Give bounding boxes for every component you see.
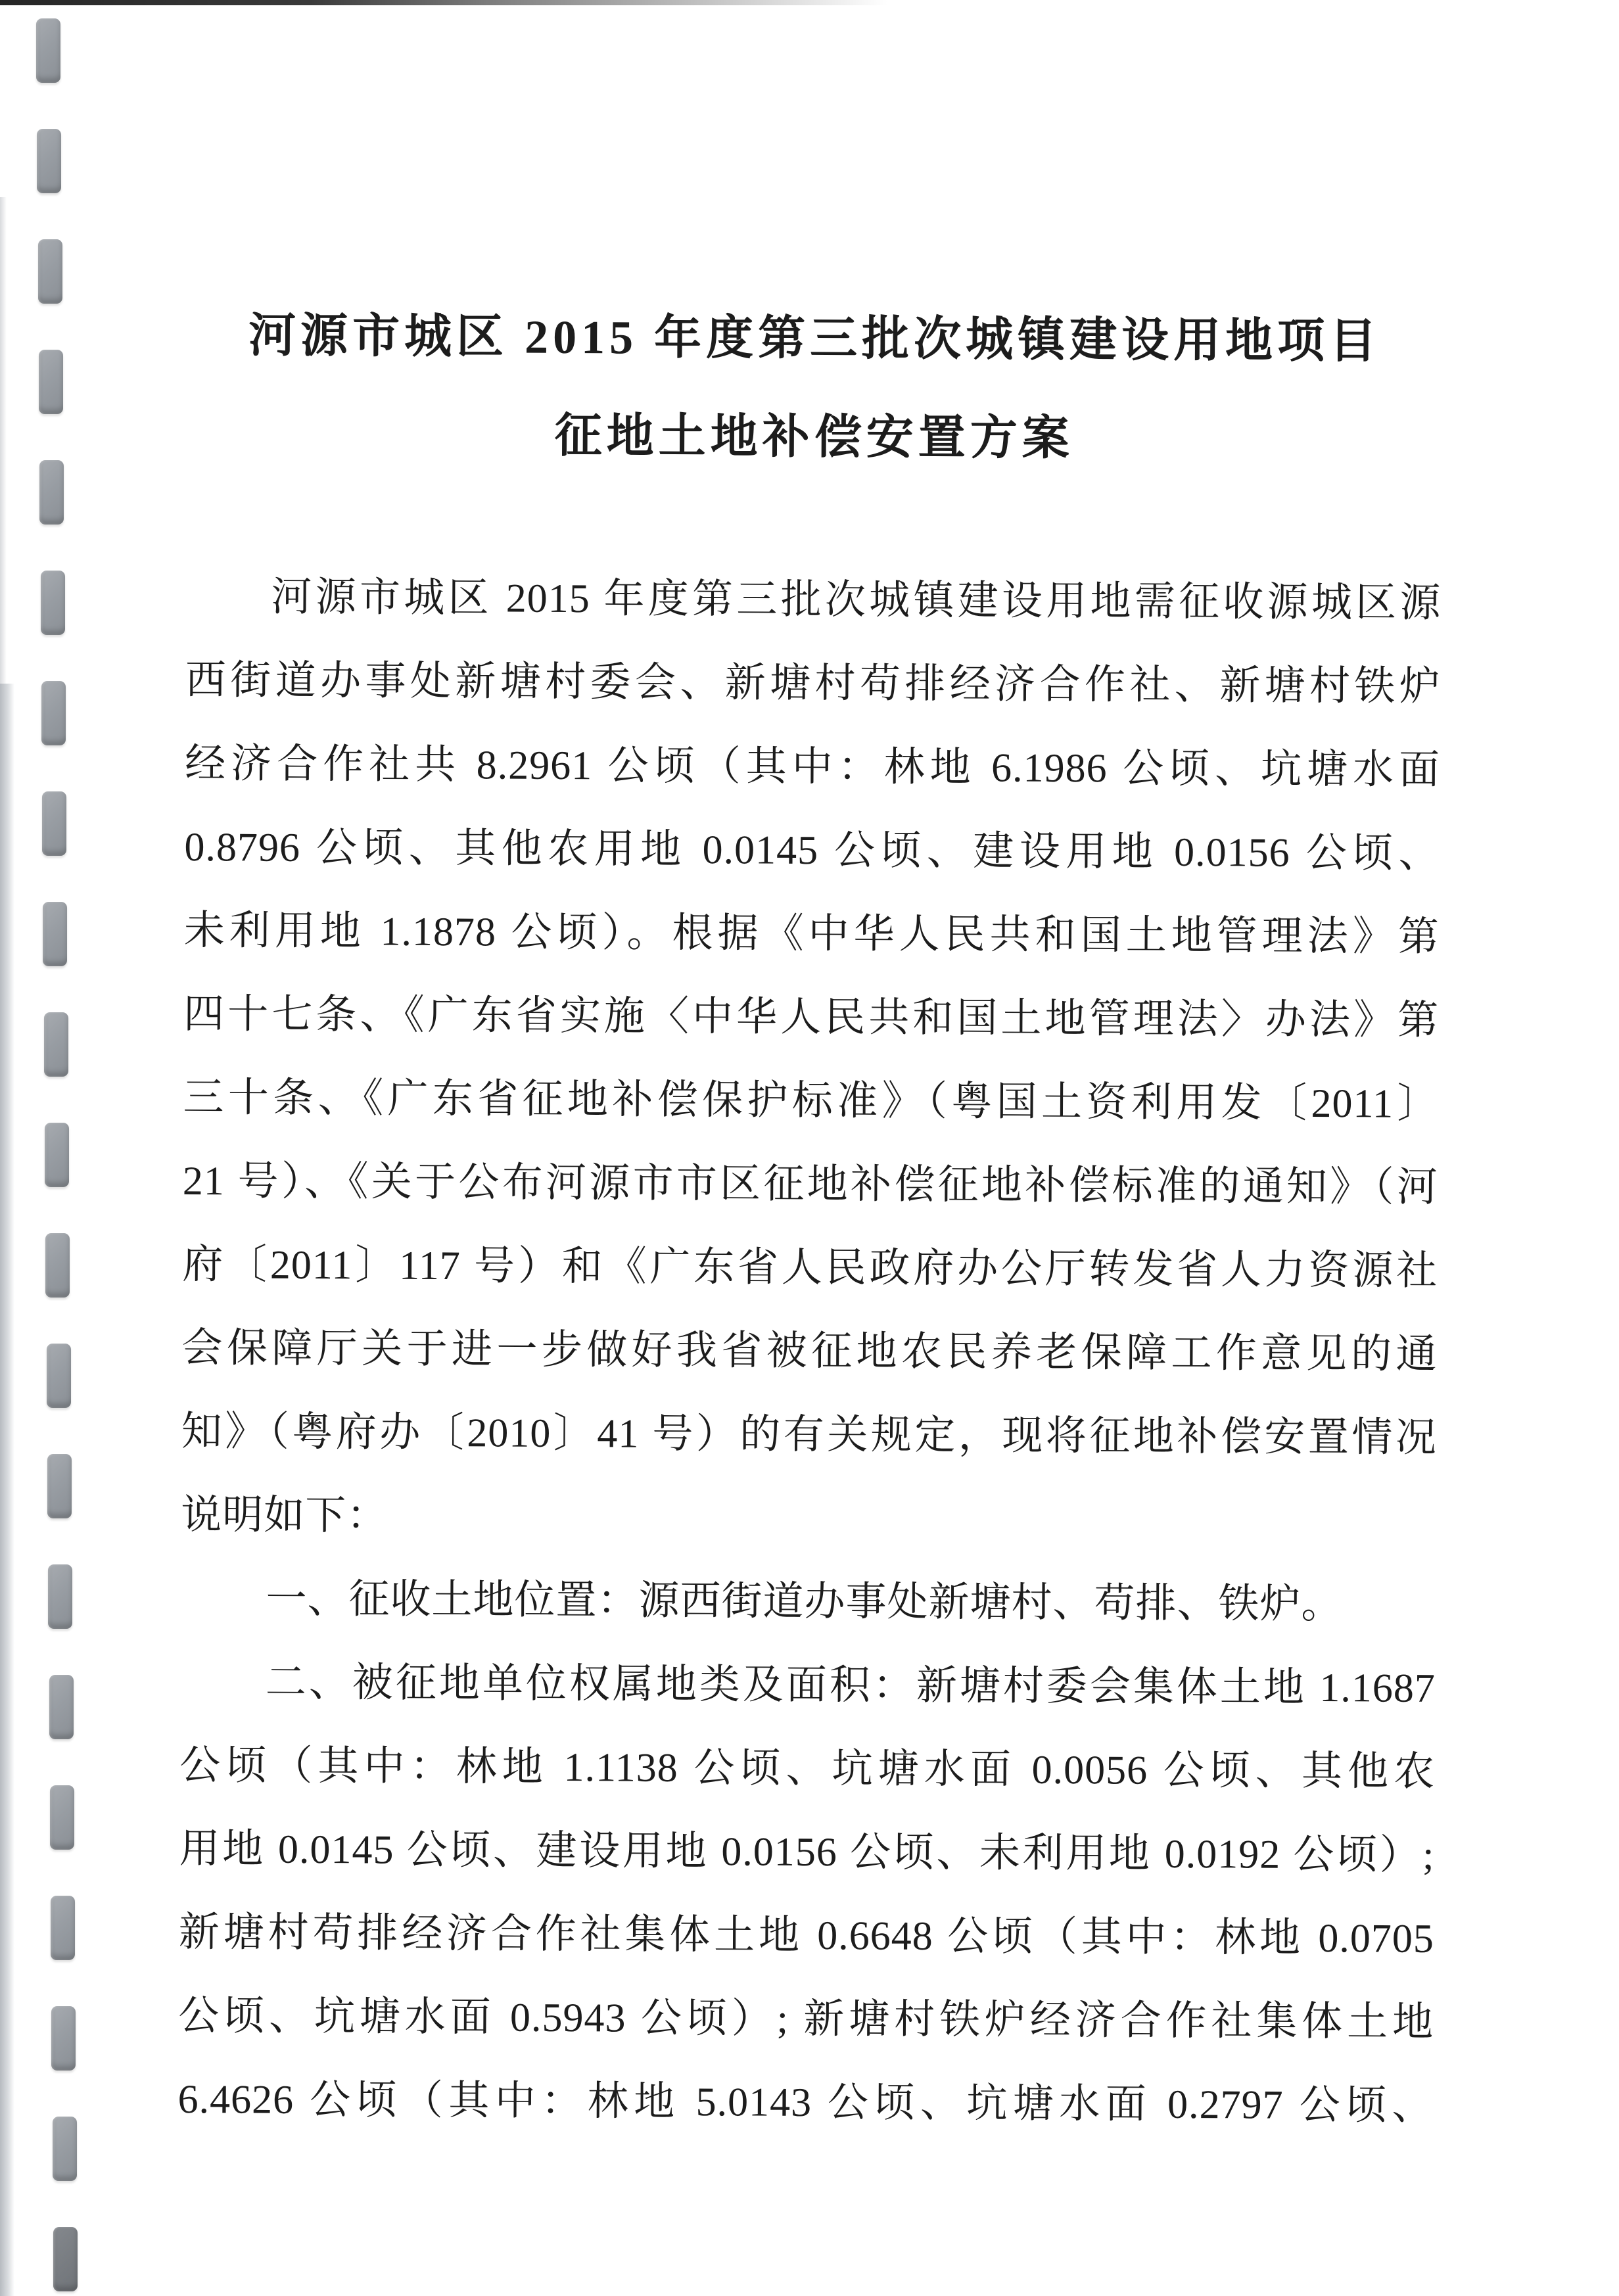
body-line: 会保障厅关于进一步做好我省被征地农民养老保障工作意见的通 (181, 1307, 1438, 1397)
body-line: 河源市城区 2015 年度第三批次城镇建设用地需征收源城区源 (185, 555, 1442, 645)
body-line: 经济合作社共 8.2961 公顷（其中：林地 6.1986 公顷、坑塘水面 (185, 722, 1441, 812)
binder-hole (42, 791, 66, 856)
binder-hole (50, 1785, 74, 1850)
body-line: 公顷（其中：林地 1.1138 公顷、坑塘水面 0.0056 公顷、其他农 (179, 1724, 1436, 1814)
body-line: 一、征收土地位置：源西街道办事处新塘村、苟排、铁炉。 (180, 1557, 1436, 1647)
binder-hole (38, 239, 62, 304)
body-line: 知》（粤府办〔2010〕41 号）的有关规定，现将征地补偿安置情况 (181, 1390, 1438, 1480)
body-line: 西街道办事处新塘村委会、新塘村苟排经济合作社、新塘村铁炉 (185, 639, 1442, 729)
body-line: 四十七条、《广东省实施〈中华人民共和国土地管理法〉办法》第 (183, 973, 1440, 1063)
page-left-edge-shadow-upper (0, 197, 7, 697)
binder-hole (45, 1233, 70, 1298)
binder-hole (49, 1675, 74, 1739)
binder-hole (47, 1344, 71, 1408)
binder-hole (41, 571, 65, 635)
body-line: 说明如下： (181, 1474, 1437, 1564)
binder-hole (53, 2117, 77, 2181)
binder-hole (36, 18, 60, 83)
binder-hole (53, 2227, 78, 2291)
document-body: 河源市城区 2015 年度第三批次城镇建设用地项目 征地土地补偿安置方案 河源市… (177, 286, 1443, 2148)
body-line: 二、被征地单位权属地类及面积：新塘村委会集体土地 1.1687 (180, 1641, 1436, 1731)
binder-hole (39, 350, 63, 414)
document-title-line-1: 河源市城区 2015 年度第三批次城镇建设用地项目 (187, 286, 1443, 391)
binder-hole (37, 129, 61, 193)
page-left-edge-shadow (0, 684, 14, 2296)
body-line: 新塘村苟排经济合作社集体土地 0.6648 公顷（其中：林地 0.0705 (179, 1891, 1435, 1981)
body-line: 未利用地 1.1878 公顷）。根据《中华人民共和国土地管理法》第 (184, 889, 1440, 979)
binder-hole (43, 902, 67, 966)
binder-hole (41, 681, 66, 745)
binder-hole (48, 1564, 72, 1629)
paragraphs: 河源市城区 2015 年度第三批次城镇建设用地需征收源城区源 西街道办事处新塘村… (177, 555, 1442, 2148)
scan-top-edge-artifact (0, 0, 887, 5)
body-line: 三十条、《广东省征地补偿保护标准》（粤国土资利用发〔2011〕 (183, 1056, 1439, 1146)
binder-hole (51, 1896, 75, 1960)
body-line: 0.8796 公顷、其他农用地 0.0145 公顷、建设用地 0.0156 公顷… (184, 806, 1440, 896)
binder-hole (47, 1454, 72, 1518)
binder-hole (39, 460, 64, 525)
body-line: 21 号）、《关于公布河源市市区征地补偿征地补偿标准的通知》（河 (183, 1140, 1439, 1230)
body-line: 公顷、坑塘水面 0.5943 公顷）; 新塘村铁炉经济合作社集体土地 (178, 1975, 1434, 2065)
binder-hole (51, 2006, 76, 2071)
body-line: 府〔2011〕117 号）和《广东省人民政府办公厅转发省人力资源社 (182, 1223, 1438, 1313)
binder-hole (45, 1123, 69, 1187)
binder-hole (44, 1012, 68, 1077)
document-title-line-2: 征地土地补偿安置方案 (186, 385, 1442, 490)
body-line: 6.4626 公顷（其中：林地 5.0143 公顷、坑塘水面 0.2797 公顷… (177, 2058, 1434, 2148)
body-line: 用地 0.0145 公顷、建设用地 0.0156 公顷、未利用地 0.0192 … (179, 1808, 1435, 1898)
scanned-document-page: 河源市城区 2015 年度第三批次城镇建设用地项目 征地土地补偿安置方案 河源市… (0, 0, 1619, 2296)
